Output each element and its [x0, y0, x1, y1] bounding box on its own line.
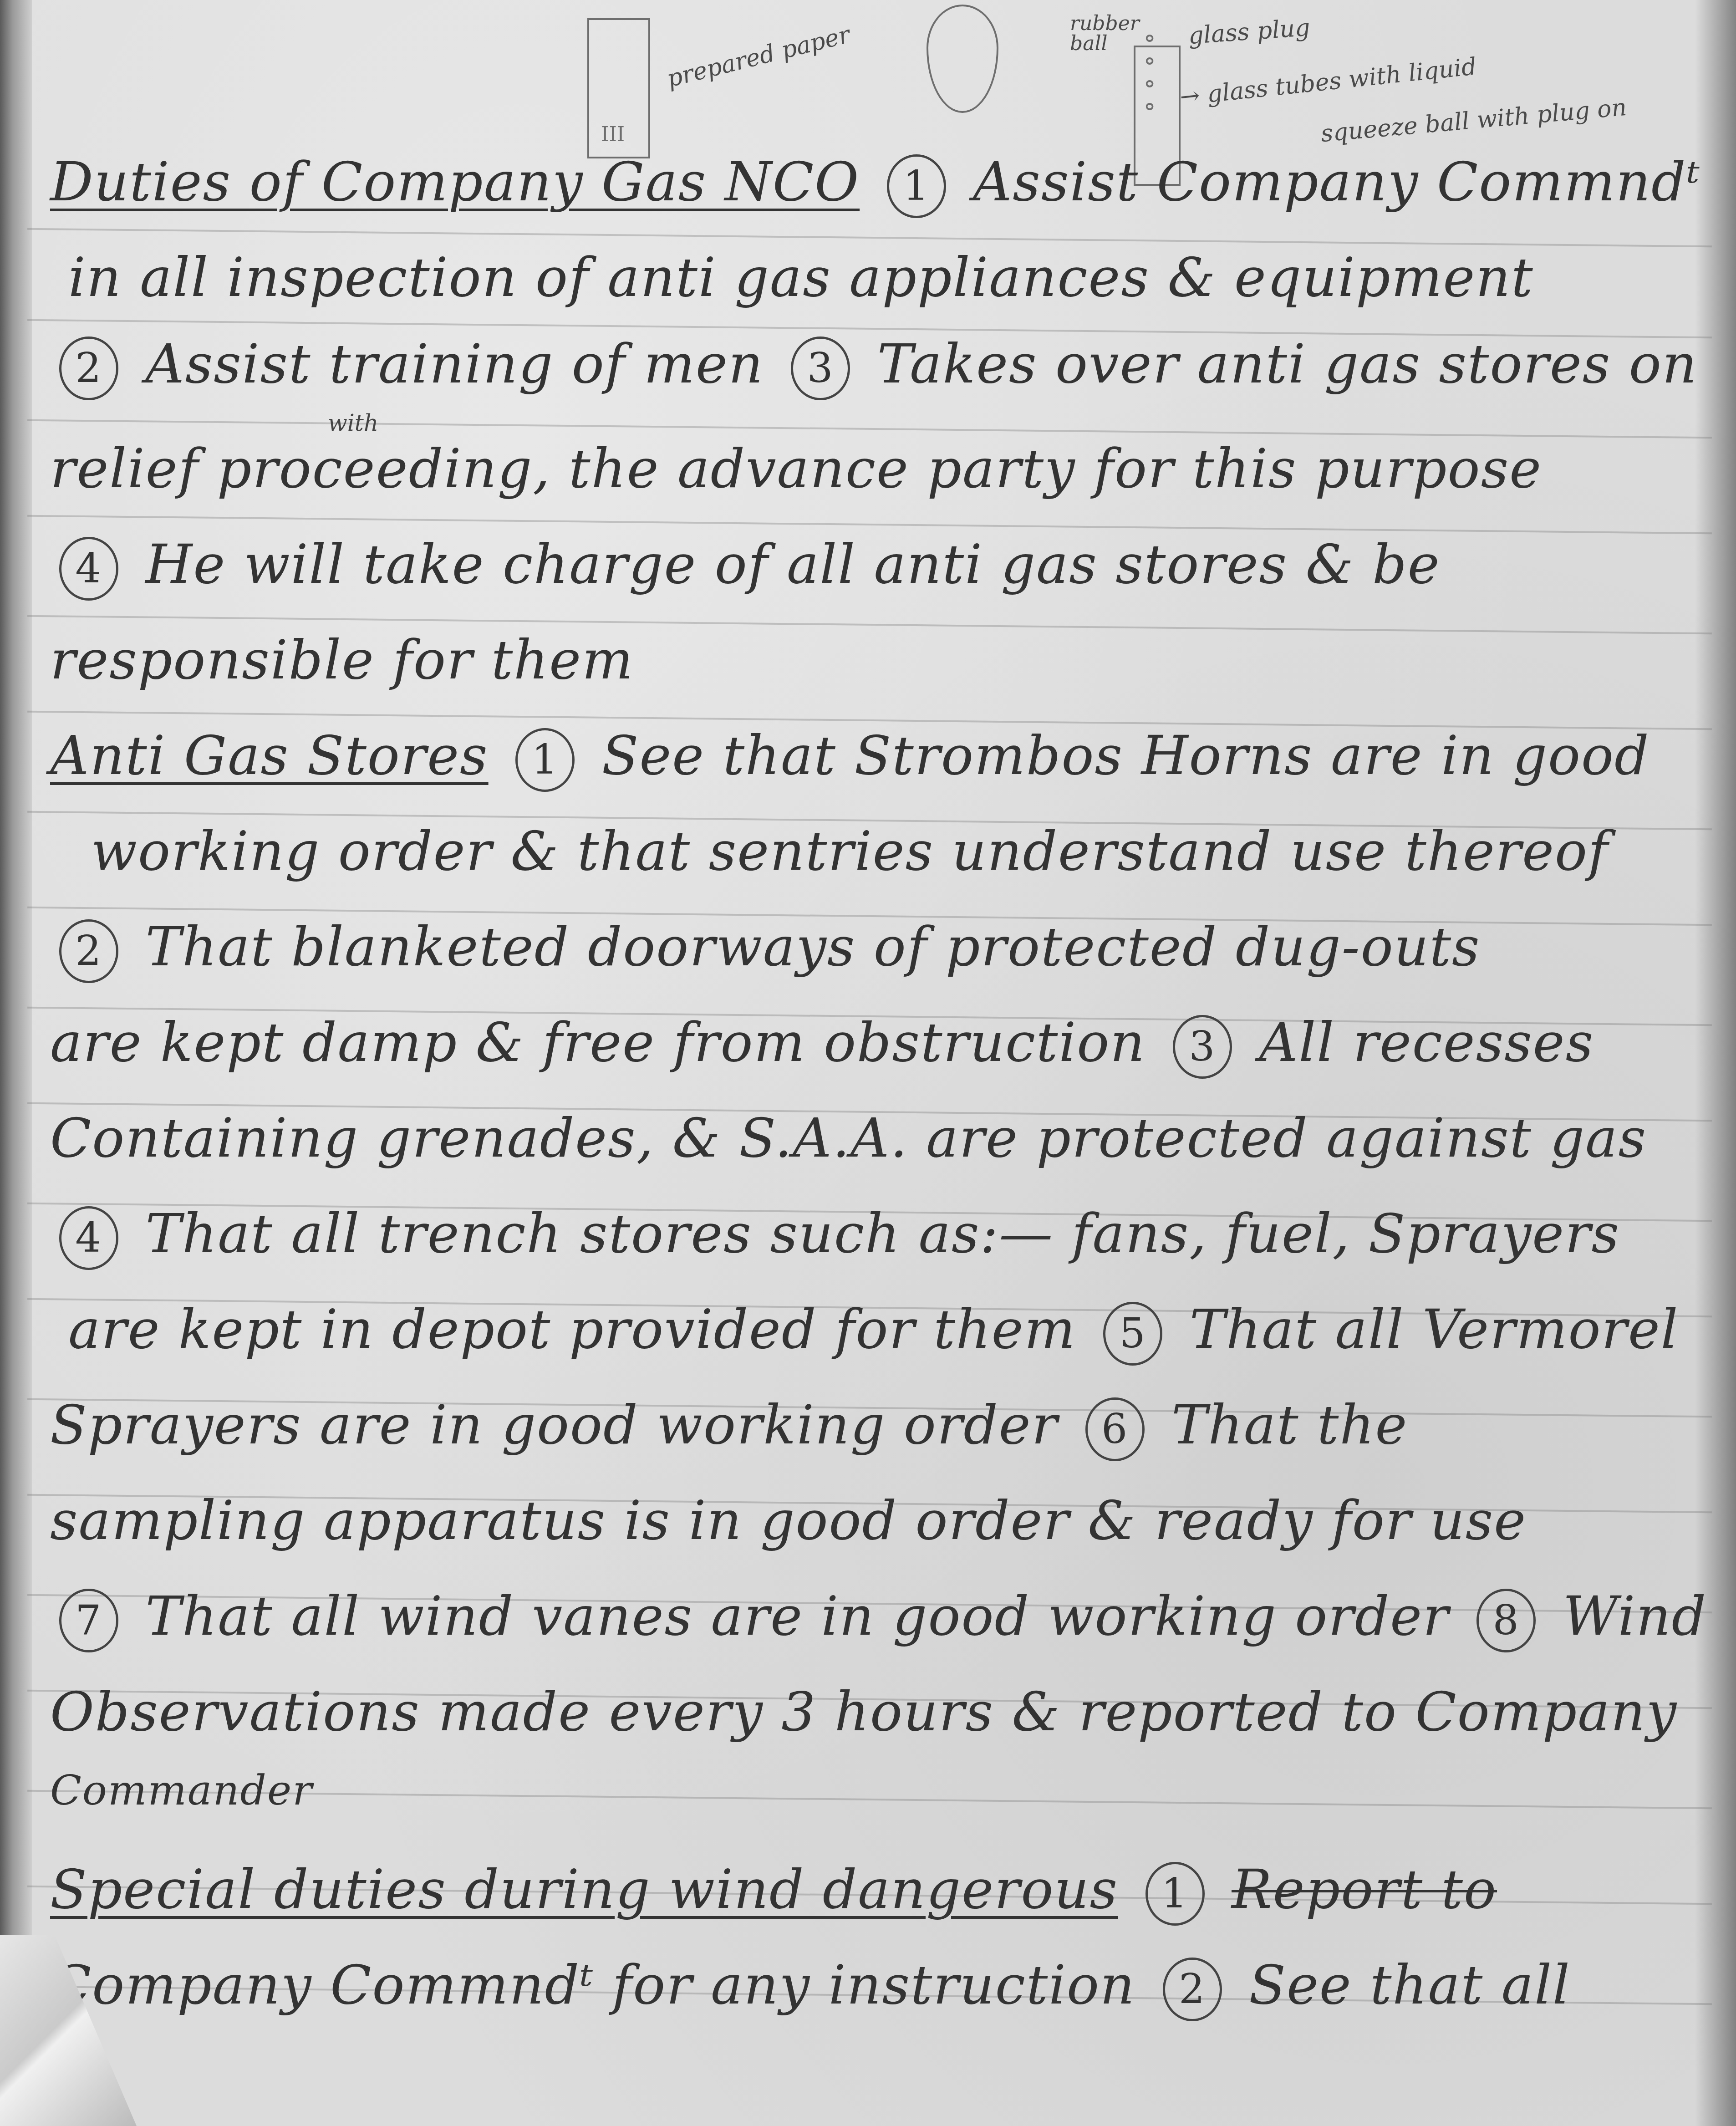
- line-text: Containing grenades, & S.A.A. are protec…: [50, 1106, 1647, 1169]
- line-text: responsible for them: [50, 628, 634, 691]
- glass-tubes-label: → glass tubes with liquid: [1179, 53, 1478, 111]
- line-text: Assist Company Commndᵗ: [973, 150, 1701, 213]
- line-text: That all Vermorel: [1190, 1298, 1679, 1361]
- line-text: See that all: [1249, 1953, 1571, 2016]
- line-19: Special duties during wind dangerous 1 R…: [50, 1858, 1497, 1926]
- line-4: relief proceeding, the advance party for…: [50, 437, 1542, 500]
- section-title-anti-gas-stores: Anti Gas Stores: [50, 724, 489, 787]
- item-number: 2: [1163, 1958, 1222, 2021]
- ruled-line: [27, 228, 1712, 248]
- prepared-paper-label: prepared paper: [664, 21, 853, 93]
- line-text: See that Strombos Horns are in good: [602, 724, 1650, 787]
- line-text: sampling apparatus is in good order & re…: [50, 1489, 1527, 1552]
- line-18: Commander: [50, 1767, 313, 1815]
- line-text: relief proceeding, the advance party for…: [50, 437, 1542, 500]
- line-9: 2 That blanketed doorways of protected d…: [50, 915, 1481, 983]
- ruled-line: [27, 419, 1712, 439]
- line-text: Company Commndᵗ for any instruction: [50, 1953, 1135, 2016]
- line-text: in all inspection of anti gas appliances…: [68, 246, 1534, 309]
- line-text: Observations made every 3 hours & report…: [50, 1680, 1677, 1743]
- line-text: He will take charge of all anti gas stor…: [146, 533, 1441, 596]
- line-text: That all trench stores such as:— fans, f…: [146, 1202, 1620, 1265]
- caret-insert: with: [328, 410, 378, 436]
- line-text: are kept in depot provided for them: [68, 1298, 1076, 1361]
- glass-plug-label: glass plug: [1187, 14, 1311, 50]
- line-text: Assist training of men: [146, 332, 764, 395]
- paper-mark: III: [601, 123, 625, 146]
- notebook-page: III prepared paper rubber ball ⚬⚬⚬⚬ glas…: [0, 0, 1736, 2126]
- item-number: 6: [1085, 1397, 1145, 1461]
- line-11: Containing grenades, & S.A.A. are protec…: [50, 1106, 1647, 1169]
- section-title-duties: Duties of Company Gas NCO: [50, 150, 860, 213]
- line-17: Observations made every 3 hours & report…: [50, 1680, 1677, 1743]
- item-number: 3: [1173, 1015, 1232, 1079]
- line-12: 4 That all trench stores such as:— fans,…: [50, 1202, 1620, 1270]
- line-text: Commander: [50, 1767, 313, 1815]
- item-number: 2: [59, 336, 118, 400]
- rubber-ball-label: rubber ball: [1070, 14, 1134, 54]
- line-text: All recesses: [1259, 1011, 1594, 1074]
- line-text: are kept damp & free from obstruction: [50, 1011, 1145, 1074]
- line-10: are kept damp & free from obstruction 3 …: [50, 1011, 1594, 1079]
- item-number: 1: [515, 728, 575, 792]
- line-text: working order & that sentries understand…: [91, 820, 1609, 882]
- item-number: 1: [887, 154, 946, 218]
- line-text: That the: [1171, 1393, 1408, 1456]
- line-6: responsible for them: [50, 628, 634, 691]
- line-13: are kept in depot provided for them 5 Th…: [68, 1298, 1679, 1366]
- item-number: 8: [1476, 1589, 1536, 1652]
- line-15: sampling apparatus is in good order & re…: [50, 1489, 1527, 1552]
- rubber-ball-sketch: [927, 5, 998, 113]
- line-16: 7 That all wind vanes are in good workin…: [50, 1585, 1707, 1652]
- ruled-line: [27, 515, 1712, 535]
- line-3: 2 Assist training of men 3 Takes over an…: [50, 332, 1698, 400]
- item-number: 5: [1103, 1302, 1162, 1366]
- item-number: 7: [59, 1589, 118, 1652]
- line-7: Anti Gas Stores 1 See that Strombos Horn…: [50, 724, 1650, 792]
- item-number: 1: [1145, 1862, 1205, 1926]
- line-8: working order & that sentries understand…: [91, 820, 1609, 882]
- line-text: Report to: [1232, 1858, 1497, 1921]
- line-2: in all inspection of anti gas appliances…: [68, 246, 1534, 309]
- line-text: Sprayers are in good working order: [50, 1393, 1058, 1456]
- line-14: Sprayers are in good working order 6 Tha…: [50, 1393, 1408, 1461]
- line-5: 4 He will take charge of all anti gas st…: [50, 533, 1441, 601]
- line-text: Wind: [1563, 1585, 1707, 1647]
- item-number: 4: [59, 1206, 118, 1270]
- line-text: That all wind vanes are in good working …: [146, 1585, 1450, 1647]
- line-text: That blanketed doorways of protected dug…: [146, 915, 1481, 978]
- glass-beads-icon: ⚬⚬⚬⚬: [1140, 27, 1159, 118]
- item-number: 4: [59, 537, 118, 601]
- squeeze-ball-label: squeeze ball with plug on: [1320, 94, 1628, 148]
- item-number: 3: [791, 336, 850, 400]
- item-number: 2: [59, 919, 118, 983]
- line-1: Duties of Company Gas NCO 1 Assist Compa…: [50, 150, 1701, 218]
- line-20: Company Commndᵗ for any instruction 2 Se…: [50, 1953, 1571, 2021]
- line-text: Takes over anti gas stores on: [877, 332, 1698, 395]
- section-title-special-duties: Special duties during wind dangerous: [50, 1858, 1118, 1921]
